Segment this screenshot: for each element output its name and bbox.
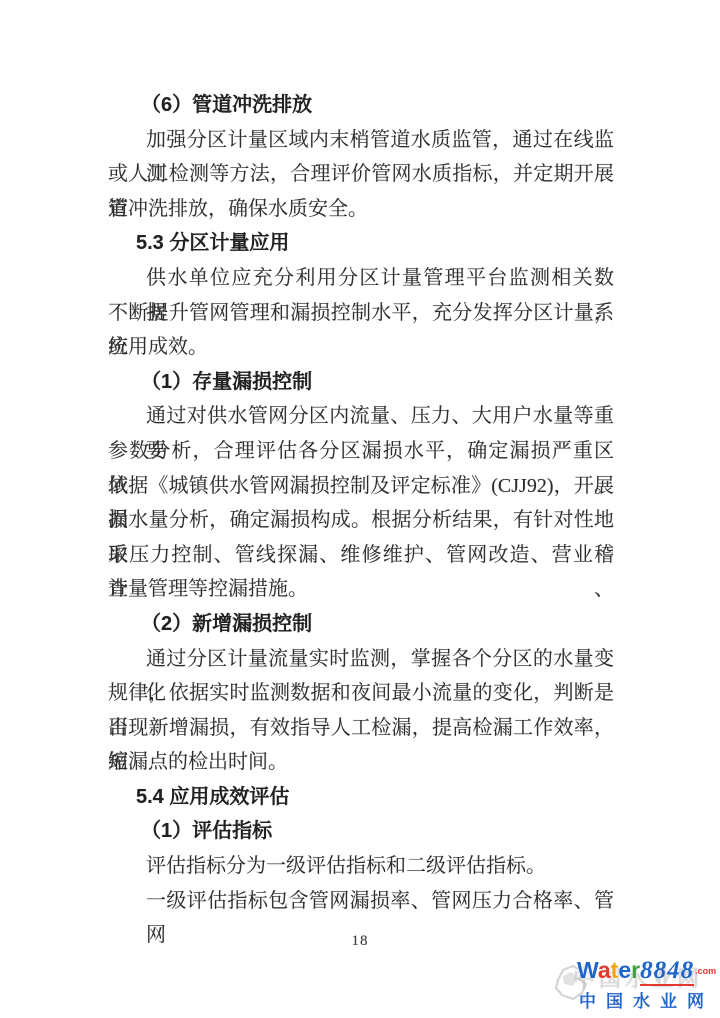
brand-lockup: Water8848.com [577,957,716,985]
brand-domain-suffix: .com [695,966,716,976]
text-line: 取压力控制、管线探漏、维修维护、管网改造、营业稽查、 [108,538,614,573]
text-line: 通过分区计量流量实时监测，掌握各个分区的水量变化 [108,642,614,677]
section-heading: （1）存量漏损控制 [108,365,614,400]
text-line: 依据《城镇供水管网漏损控制及评定标准》(CJJ92)，开展漏 [108,469,614,504]
text-line: 应用成效。 [108,330,614,365]
brand-letter: r [631,957,640,983]
scanned-document-page: （6）管道冲洗排放加强分区计量区域内末梢管道水质监管，通过在线监测或人工检测等方… [0,0,720,1018]
text-line: 短漏点的检出时间。 [108,745,614,780]
text-line: 损水量分析，确定漏损构成。根据分析结果，有针对性地采 [108,503,614,538]
site-name-chinese: 中国水业网 [579,987,714,1012]
brand-letter: a [598,957,611,983]
section-heading: （2）新增漏损控制 [108,607,614,642]
text-line: 评估指标分为一级评估指标和二级评估指标。 [108,849,614,884]
text-line: 不断提升管网管理和漏损控制水平，充分发挥分区计量系统 [108,296,614,331]
section-heading: （6）管道冲洗排放 [108,88,614,123]
brand-letter: e [618,957,631,983]
text-line: 或人工检测等方法，合理评价管网水质指标，并定期开展管 [108,157,614,192]
text-line: 加强分区计量区域内末梢管道水质监管，通过在线监测 [108,123,614,158]
brand-number-8848: 8848 [640,957,694,986]
text-line: 道冲洗排放，确保水质安全。 [108,192,614,227]
page-number: 18 [0,933,720,950]
section-heading: （1）评估指标 [108,814,614,849]
text-line: 规律，依据实时监测数据和夜间最小流量的变化，判断是否 [108,676,614,711]
water8848-watermark: 中国水业网 Water8848.com 中国水业网 [549,956,717,1014]
document-body: （6）管道冲洗排放加强分区计量区域内末梢管道水质监管，通过在线监测或人工检测等方… [108,88,614,918]
text-line: 供水单位应充分利用分区计量管理平台监测相关数据， [108,261,614,296]
section-heading: 5.3 分区计量应用 [108,226,614,261]
text-line: 一级评估指标包含管网漏损率、管网压力合格率、管网 [108,884,614,919]
brand-word-water: Water [577,957,640,983]
text-line: 出现新增漏损，有效指导人工检漏，提高检漏工作效率，缩 [108,711,614,746]
section-heading: 5.4 应用成效评估 [108,780,614,815]
text-line: 通过对供水管网分区内流量、压力、大用户水量等重要 [108,399,614,434]
brand-letter: W [577,957,598,983]
text-line: 参数分析，合理评估各分区漏损水平，确定漏损严重区域。 [108,434,614,469]
